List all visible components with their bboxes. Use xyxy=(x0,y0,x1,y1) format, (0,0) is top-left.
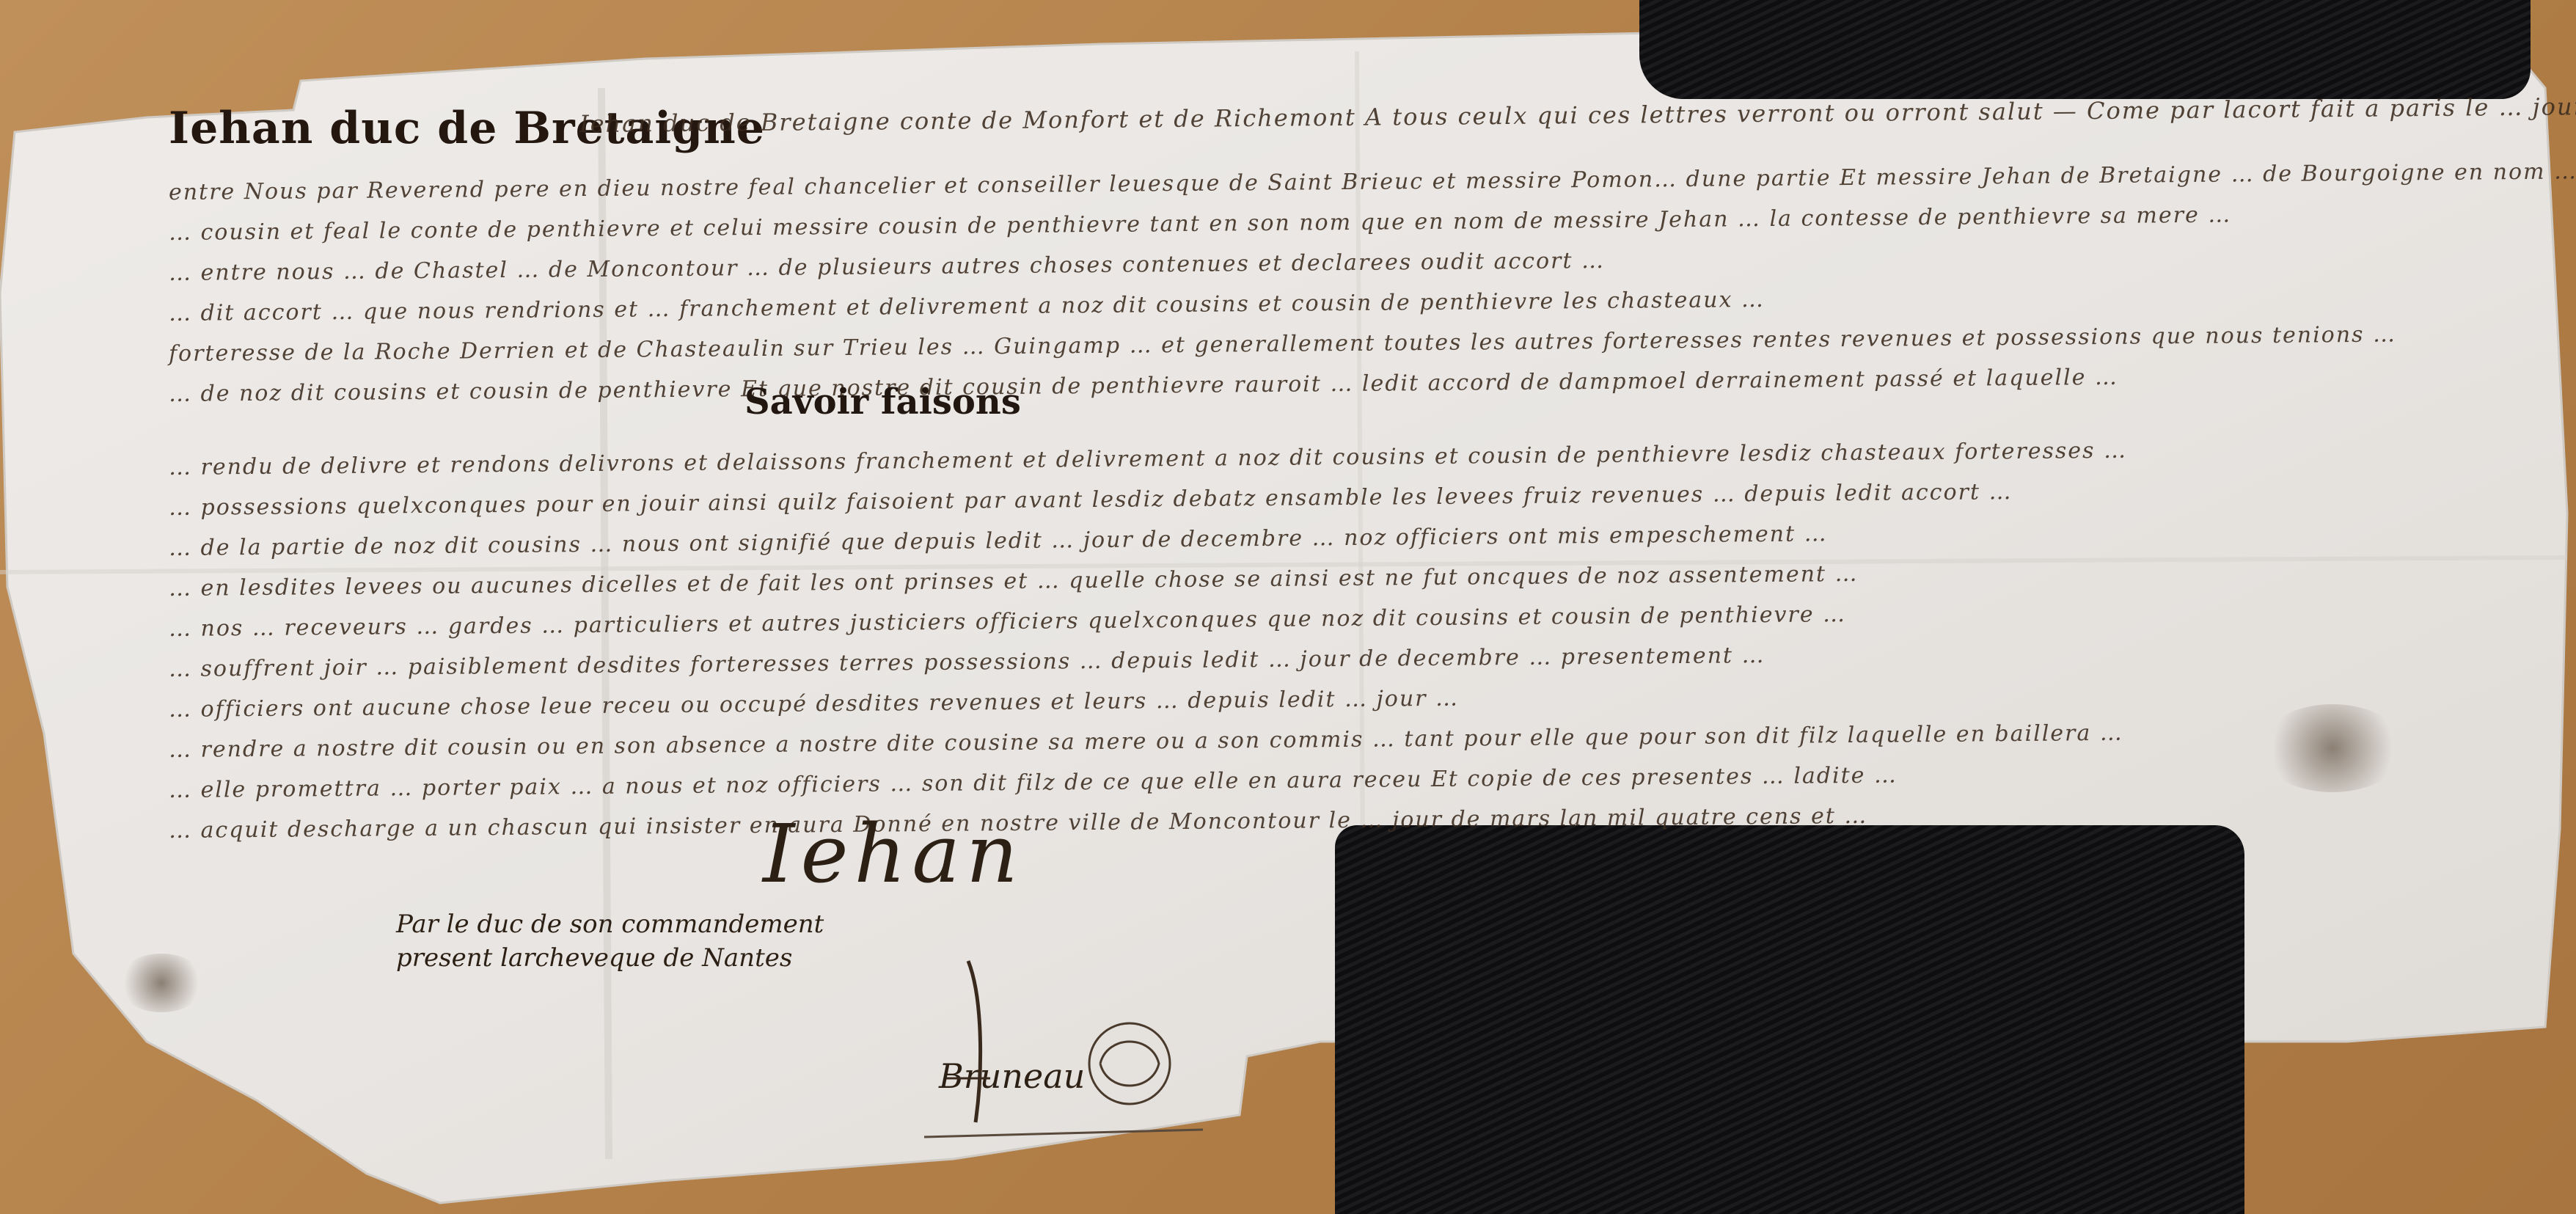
parchment-stain xyxy=(117,954,205,1012)
bottom-fabric-weight xyxy=(1335,825,2244,1214)
notarial-paraph-icon xyxy=(910,954,1262,1159)
parchment-stain xyxy=(2259,704,2406,792)
subscription-note: Par le duc de son commandement present l… xyxy=(396,910,824,973)
ducal-signature: Iehan xyxy=(763,807,1024,901)
savoir-faisons-emphasis: Savoir faisons xyxy=(744,381,1021,423)
top-fabric-weight xyxy=(1639,0,2531,99)
subscription-line: Par le duc de son commandement xyxy=(396,910,824,939)
subscription-line: present larcheveque de Nantes xyxy=(396,943,824,973)
